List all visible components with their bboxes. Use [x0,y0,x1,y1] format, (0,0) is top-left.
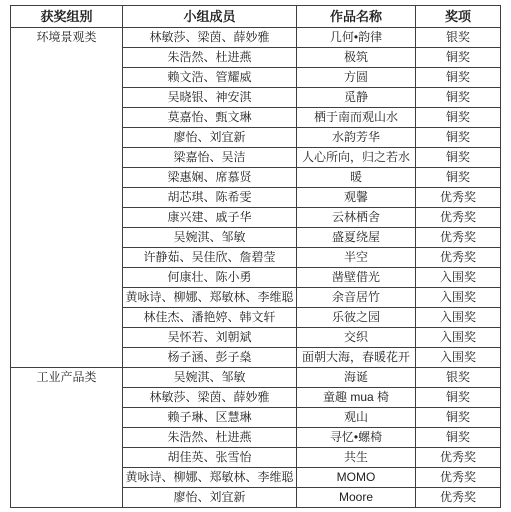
header-award: 奖项 [416,6,501,28]
work-cell: 寻忆•螺椅 [297,428,416,448]
award-cell: 铜奖 [416,48,501,68]
work-cell: 盛夏绕屋 [297,228,416,248]
award-cell: 铜奖 [416,428,501,448]
award-cell: 入围奖 [416,268,501,288]
award-cell: 优秀奖 [416,488,501,508]
work-cell: 栖于南而观山水 [297,108,416,128]
members-cell: 何康壮、陈小勇 [123,268,297,288]
work-cell: 方圆 [297,68,416,88]
members-cell: 吴婉淇、邹敏 [123,228,297,248]
members-cell: 黄咏诗、柳娜、郑敏林、李维聪 [123,468,297,488]
members-cell: 许静茹、吴佳欣、詹碧莹 [123,248,297,268]
award-cell: 铜奖 [416,128,501,148]
award-cell: 铜奖 [416,68,501,88]
work-cell: 交织 [297,328,416,348]
header-work: 作品名称 [297,6,416,28]
work-cell: 人心所向，归之若水 [297,148,416,168]
award-cell: 银奖 [416,368,501,388]
award-cell: 入围奖 [416,288,501,308]
header-members: 小组成员 [123,6,297,28]
work-cell: 觅静 [297,88,416,108]
work-cell: 海诞 [297,368,416,388]
members-cell: 梁惠娴、席慕贤 [123,168,297,188]
award-cell: 优秀奖 [416,468,501,488]
members-cell: 赖子琳、区慧琳 [123,408,297,428]
members-cell: 林敏莎、梁茵、薛妙雅 [123,388,297,408]
award-cell: 优秀奖 [416,208,501,228]
award-cell: 入围奖 [416,308,501,328]
work-cell: MOMO [297,468,416,488]
work-cell: Moore [297,488,416,508]
members-cell: 胡芯琪、陈希雯 [123,188,297,208]
work-cell: 共生 [297,448,416,468]
members-cell: 梁嘉怡、吴洁 [123,148,297,168]
group-cell: 工业产品类 [11,368,123,508]
award-cell: 优秀奖 [416,188,501,208]
award-cell: 铜奖 [416,88,501,108]
award-cell: 优秀奖 [416,228,501,248]
work-cell: 几何•韵律 [297,28,416,48]
members-cell: 朱浩然、杜进燕 [123,428,297,448]
members-cell: 林敏莎、梁茵、薛妙雅 [123,28,297,48]
award-cell: 优秀奖 [416,248,501,268]
members-cell: 吴怀若、刘朝斌 [123,328,297,348]
award-cell: 铜奖 [416,388,501,408]
award-cell: 铜奖 [416,108,501,128]
members-cell: 杨子涵、彭子燊 [123,348,297,368]
header-row: 获奖组别 小组成员 作品名称 奖项 [11,6,501,28]
members-cell: 朱浩然、杜进燕 [123,48,297,68]
award-cell: 优秀奖 [416,448,501,468]
work-cell: 观山 [297,408,416,428]
work-cell: 水韵芳华 [297,128,416,148]
work-cell: 面朝大海，春暖花开 [297,348,416,368]
work-cell: 余音居竹 [297,288,416,308]
members-cell: 康兴建、戚子华 [123,208,297,228]
table-row: 环境景观类林敏莎、梁茵、薛妙雅几何•韵律银奖 [11,28,501,48]
award-cell: 入围奖 [416,328,501,348]
award-cell: 入围奖 [416,348,501,368]
members-cell: 赖文浩、管耀威 [123,68,297,88]
work-cell: 暖 [297,168,416,188]
work-cell: 观馨 [297,188,416,208]
work-cell: 童趣 mua 椅 [297,388,416,408]
work-cell: 云林栖舍 [297,208,416,228]
table-row: 工业产品类吴婉淇、邹敏海诞银奖 [11,368,501,388]
group-cell: 环境景观类 [11,28,123,368]
award-cell: 铜奖 [416,148,501,168]
members-cell: 莫嘉怡、甄文琳 [123,108,297,128]
members-cell: 廖怡、刘宜新 [123,488,297,508]
members-cell: 胡佳英、张雪怡 [123,448,297,468]
header-group: 获奖组别 [11,6,123,28]
work-cell: 极筑 [297,48,416,68]
award-cell: 铜奖 [416,168,501,188]
members-cell: 黄咏诗、柳娜、郑敏林、李维聪 [123,288,297,308]
work-cell: 凿壁借光 [297,268,416,288]
table-body: 环境景观类林敏莎、梁茵、薛妙雅几何•韵律银奖朱浩然、杜进燕极筑铜奖赖文浩、管耀威… [11,28,501,508]
awards-table-page: 获奖组别 小组成员 作品名称 奖项 环境景观类林敏莎、梁茵、薛妙雅几何•韵律银奖… [10,5,501,508]
work-cell: 半空 [297,248,416,268]
members-cell: 吴晓银、神安淇 [123,88,297,108]
awards-table: 获奖组别 小组成员 作品名称 奖项 环境景观类林敏莎、梁茵、薛妙雅几何•韵律银奖… [10,5,501,508]
award-cell: 银奖 [416,28,501,48]
award-cell: 铜奖 [416,408,501,428]
work-cell: 乐彼之园 [297,308,416,328]
members-cell: 林佳杰、潘艳婷、韩文轩 [123,308,297,328]
members-cell: 廖怡、刘宜新 [123,128,297,148]
members-cell: 吴婉淇、邹敏 [123,368,297,388]
